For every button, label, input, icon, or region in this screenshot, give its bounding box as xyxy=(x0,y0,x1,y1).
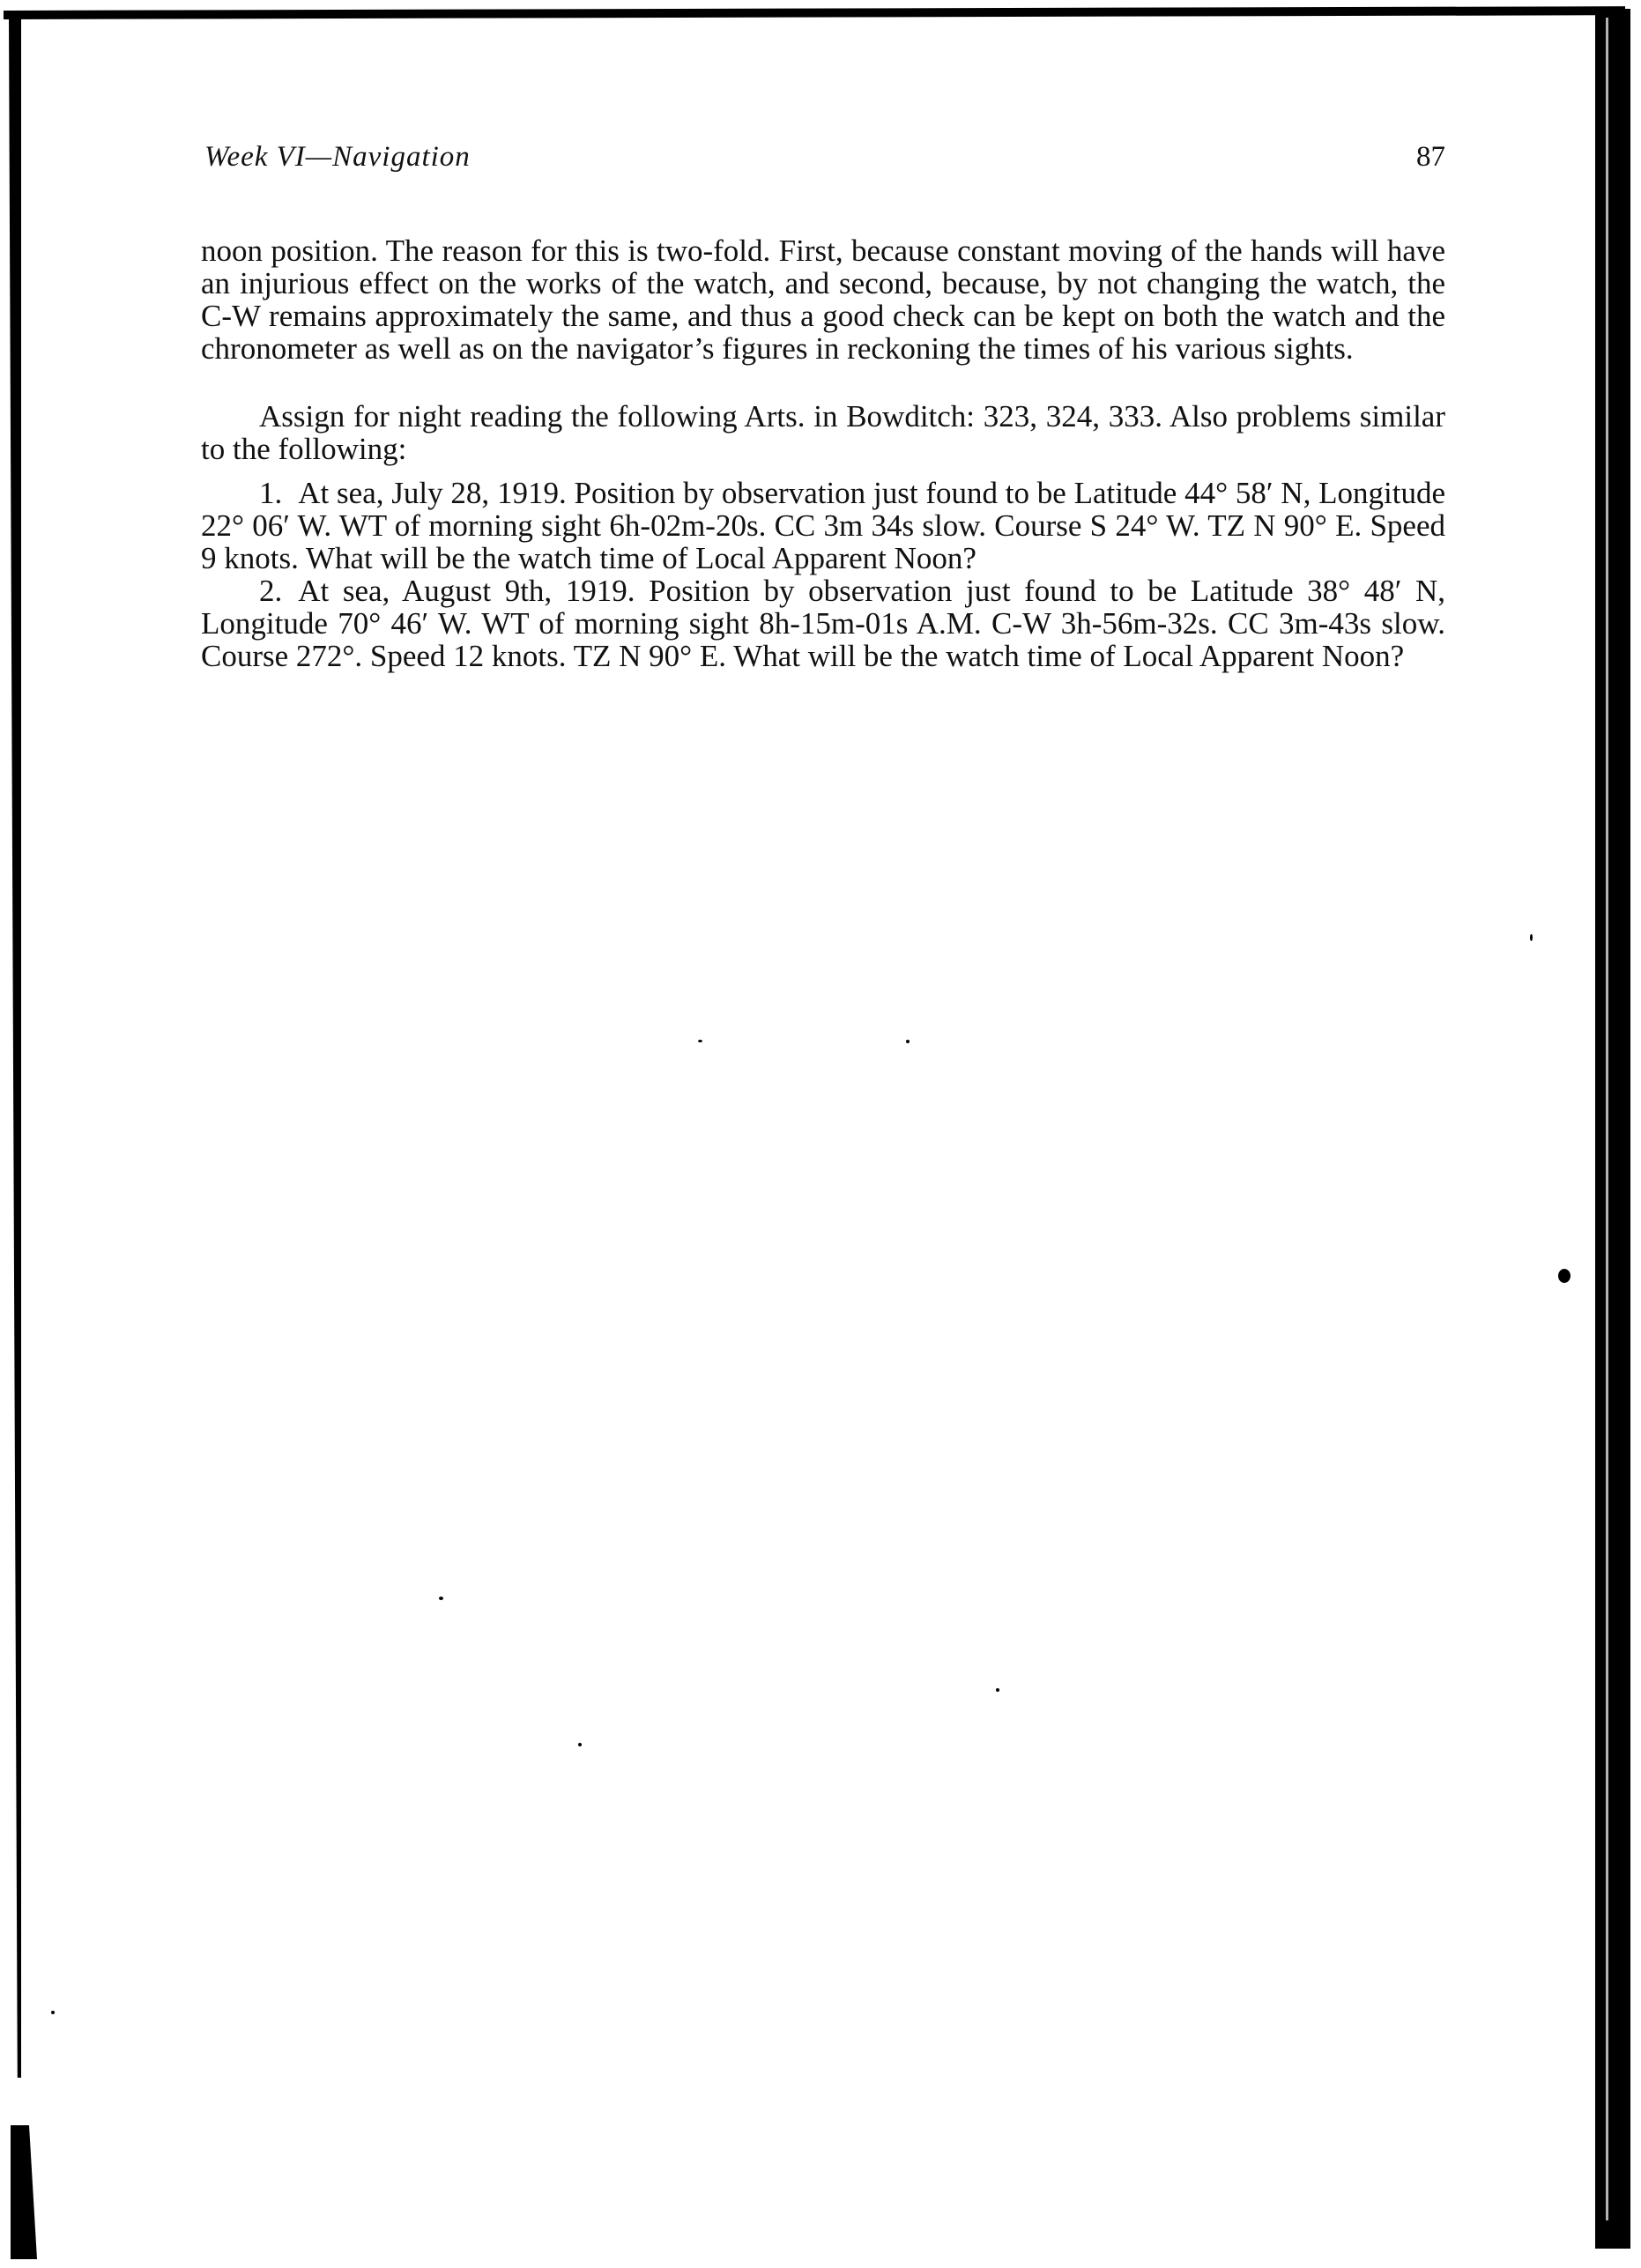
problem-number: 2. xyxy=(259,574,282,608)
page-number: 87 xyxy=(1416,141,1445,174)
assignment-paragraph: Assign for night reading the following A… xyxy=(201,400,1445,465)
problem-text: At sea, August 9th, 1919. Position by ob… xyxy=(201,574,1445,673)
scan-speck xyxy=(439,1597,443,1600)
problem-item: 2.At sea, August 9th, 1919. Position by … xyxy=(201,574,1445,672)
scan-speck xyxy=(996,1688,999,1692)
continuation-paragraph: noon position. The reason for this is tw… xyxy=(201,234,1445,365)
scan-speck xyxy=(1558,1269,1570,1283)
problem-item: 1.At sea, July 28, 1919. Position by obs… xyxy=(201,477,1445,574)
scan-speck xyxy=(906,1040,910,1043)
scan-border-top xyxy=(4,6,1625,19)
problem-number: 1. xyxy=(259,476,282,510)
running-head: Week VI—Navigation 87 xyxy=(201,141,1445,180)
problem-text: At sea, July 28, 1919. Position by obser… xyxy=(201,476,1445,575)
scan-speck xyxy=(1530,934,1533,941)
running-head-title: Week VI—Navigation xyxy=(204,141,471,174)
scan-border-highlight xyxy=(1606,18,1608,2220)
scan-border-right xyxy=(1595,9,1630,2249)
scan-border-left-bottom xyxy=(11,2125,37,2259)
body-text: noon position. The reason for this is tw… xyxy=(201,234,1445,672)
scan-border-left xyxy=(9,16,21,2078)
scan-speck xyxy=(51,2011,55,2014)
scan-speck xyxy=(698,1040,702,1042)
scan-speck xyxy=(578,1743,582,1746)
